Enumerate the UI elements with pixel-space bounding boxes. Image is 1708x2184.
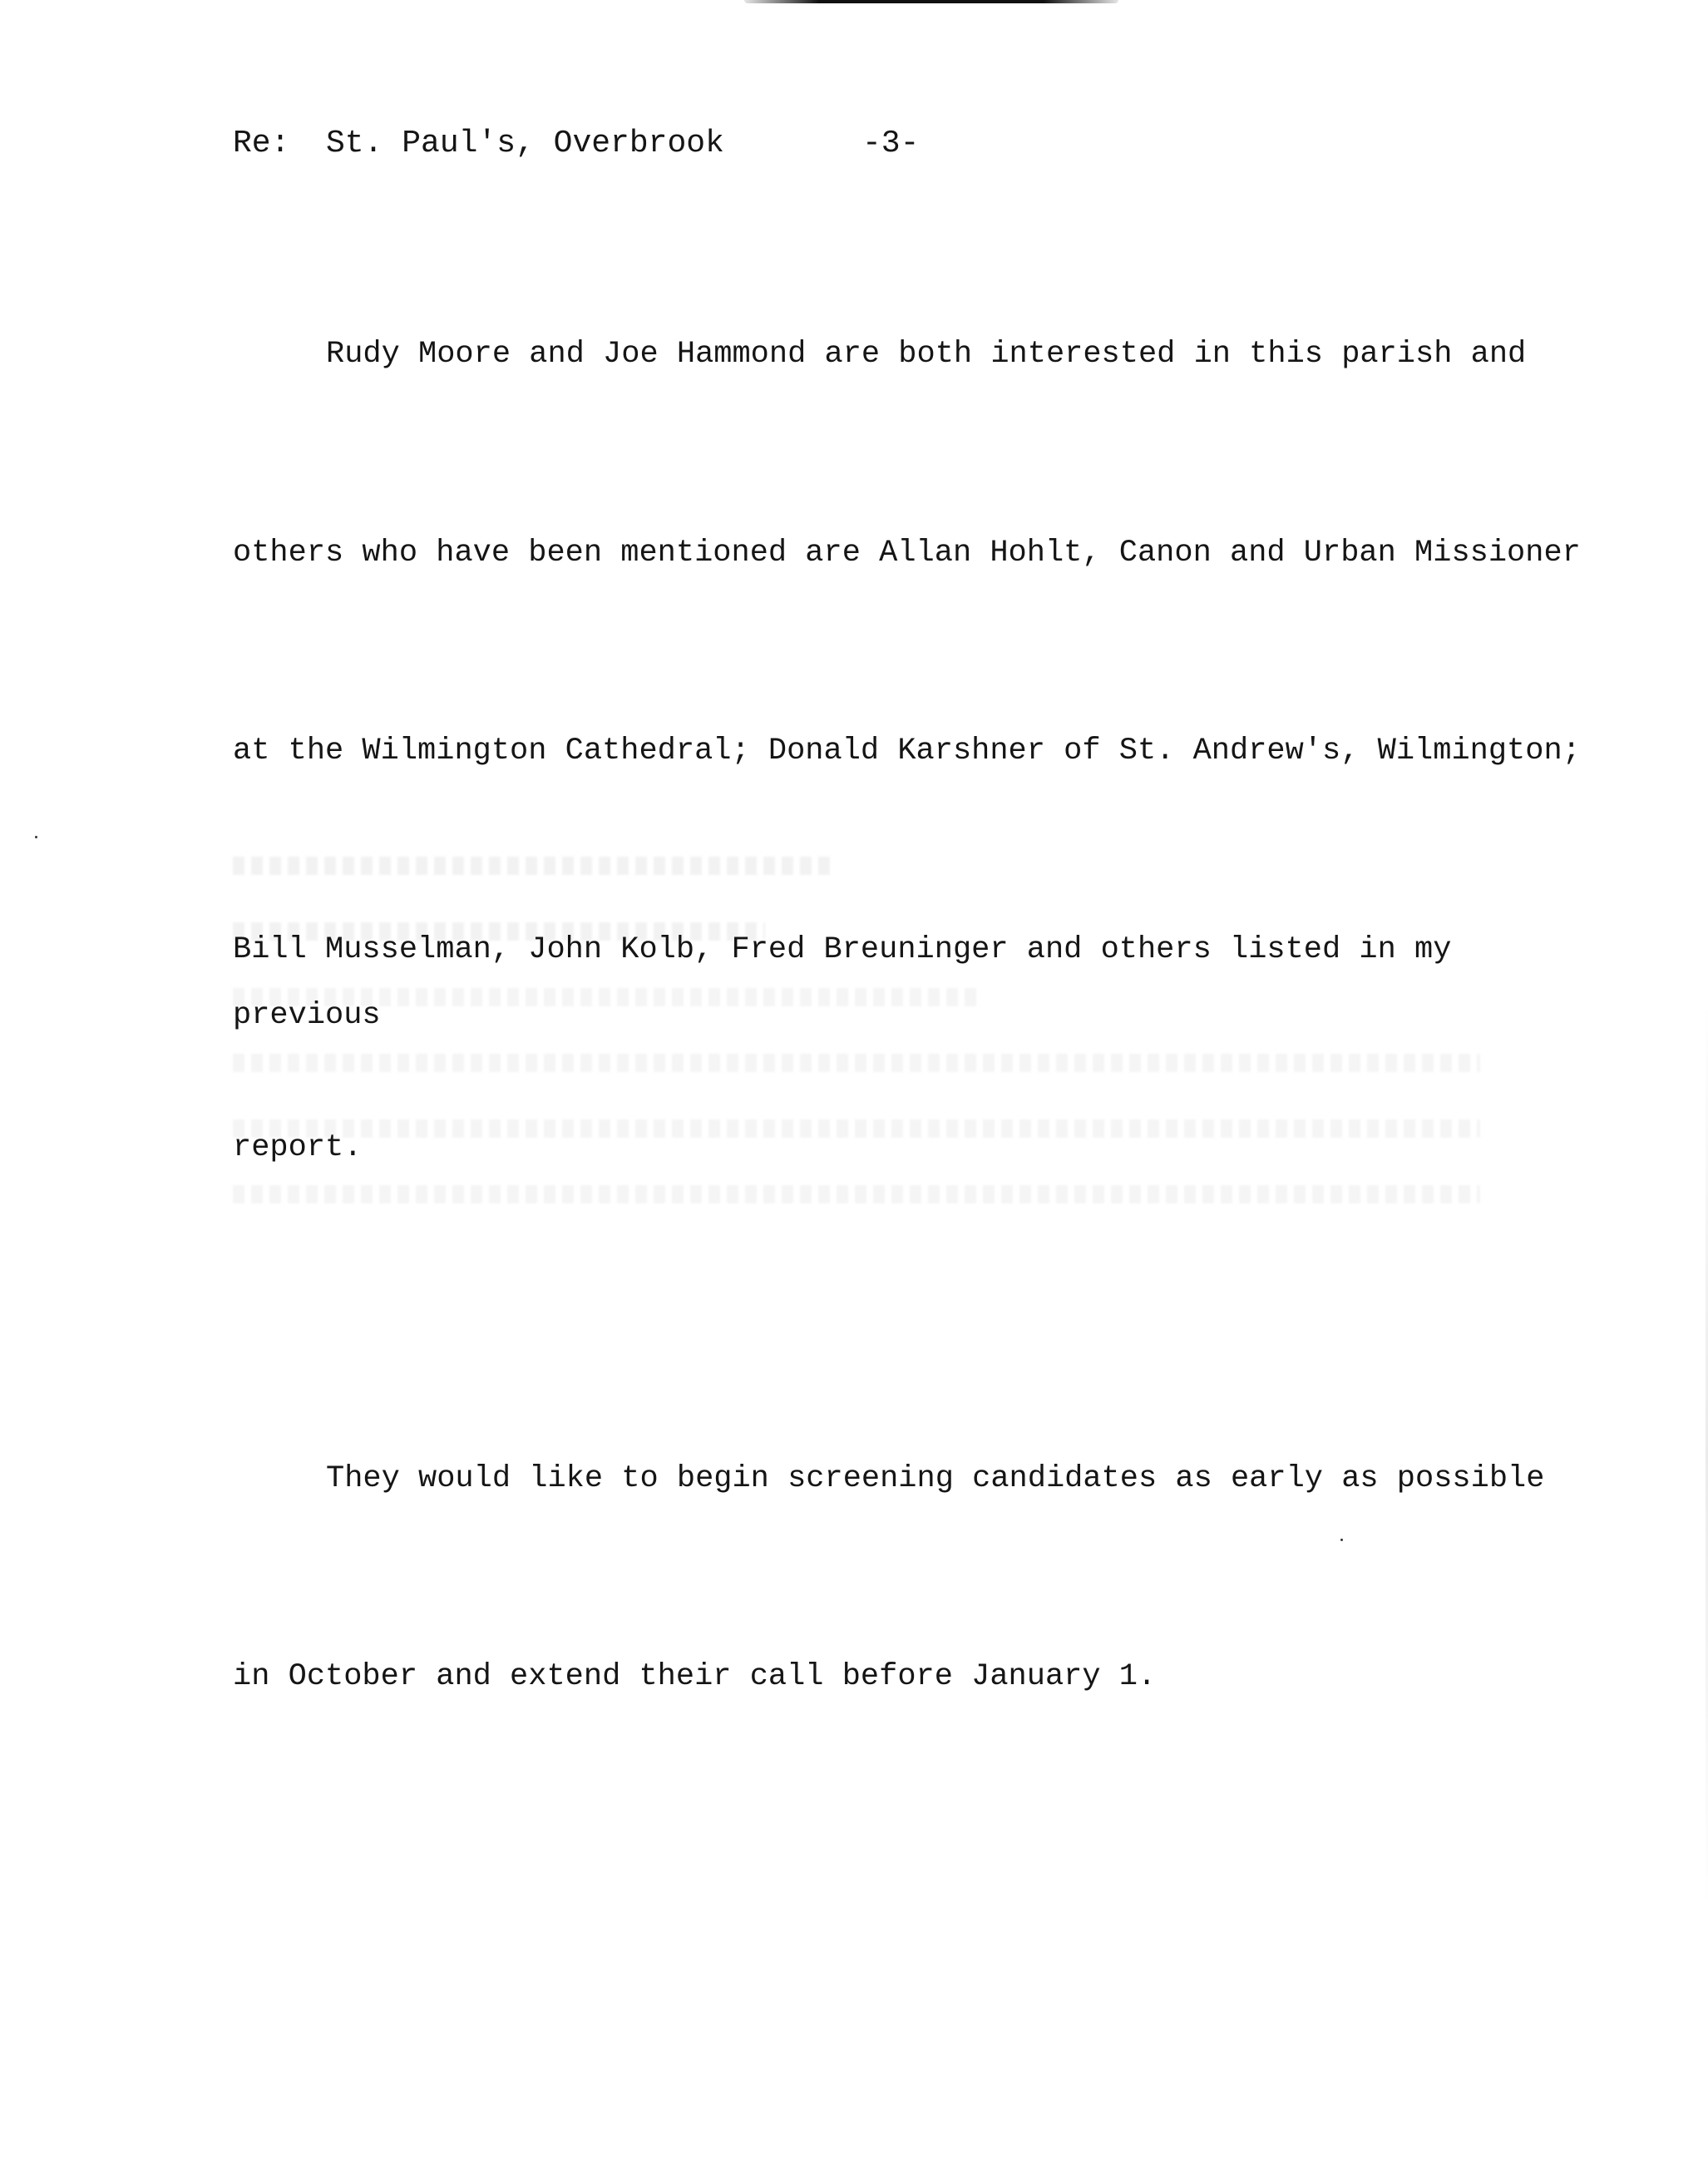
scan-speck <box>35 836 37 838</box>
re-label: Re: <box>233 123 289 165</box>
paragraph-2: They would like to begin screening candi… <box>233 1314 1597 1843</box>
text-line: at the Wilmington Cathedral; Donald Kars… <box>233 719 1597 785</box>
memo-subject: St. Paul's, Overbrook <box>326 123 724 165</box>
text-line: Rudy Moore and Joe Hammond are both inte… <box>233 322 1597 388</box>
scan-top-edge <box>744 0 1118 3</box>
bleed-through-area <box>233 832 1563 1251</box>
page-number: -3- <box>862 123 919 165</box>
text-line: They would like to begin screening candi… <box>233 1446 1597 1513</box>
text-line: in October and extend their call before … <box>233 1644 1597 1711</box>
text-line: others who have been mentioned are Allan… <box>233 521 1597 587</box>
memo-header: Re: St. Paul's, Overbrook -3- <box>233 123 1597 165</box>
